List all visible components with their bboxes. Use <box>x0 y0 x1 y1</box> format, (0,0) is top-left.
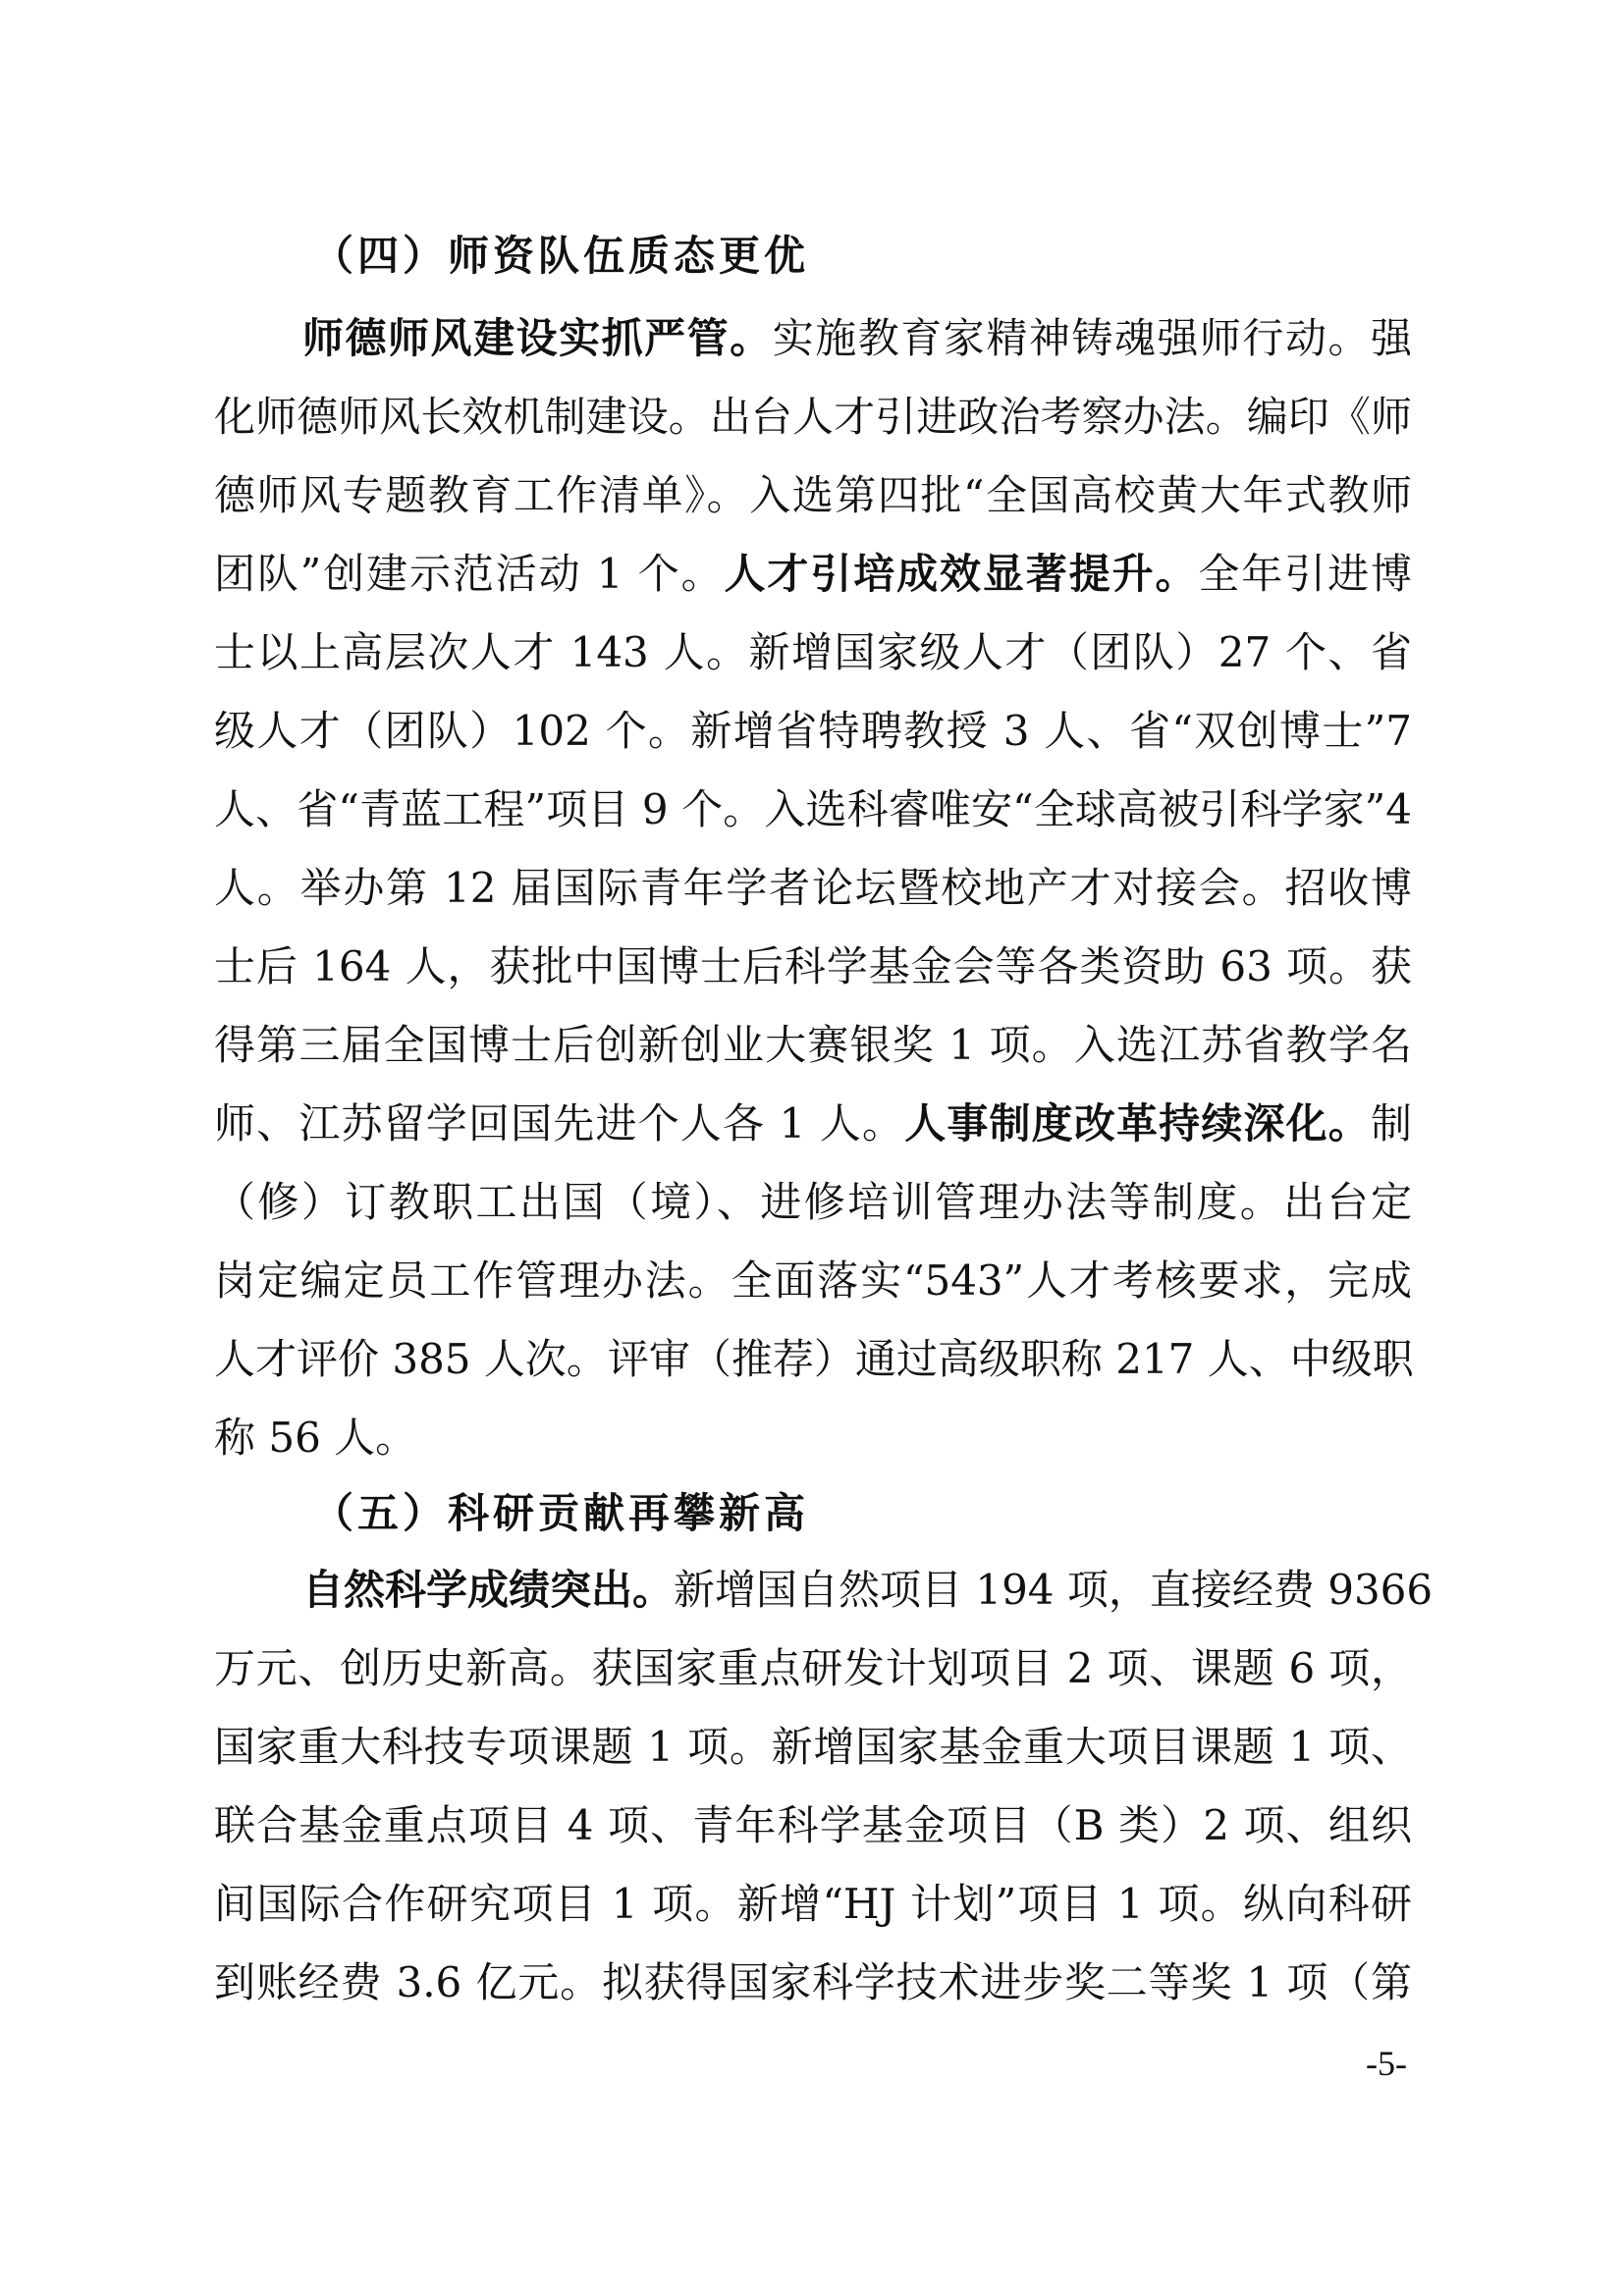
body-line: 称 56 人。 <box>214 1399 1412 1477</box>
body-text: 到账经费 3.6 亿元。拟获得国家科学技术进步奖二等奖 1 项（第 <box>214 1958 1412 2006</box>
body-text: 国家重大科技专项课题 1 项。新增国家基金重大项目课题 1 项、 <box>214 1723 1412 1771</box>
body-text: 级人才（团队）102 个。新增省特聘教授 3 人、省“双创博士”7 <box>214 707 1412 755</box>
bold-lead-natural-science: 自然科学成绩突出。 <box>302 1566 674 1614</box>
body-line: 师、江苏留学回国先进个人各 1 人。人事制度改革持续深化。制 <box>214 1085 1412 1163</box>
page-number: -5- <box>1355 2040 1418 2087</box>
body-line: 国家重大科技专项课题 1 项。新增国家基金重大项目课题 1 项、 <box>214 1708 1412 1787</box>
body-text: 人、省“青蓝工程”项目 9 个。入选科睿唯安“全球高被引科学家”4 <box>214 785 1412 833</box>
body-line: 人。举办第 12 届国际青年学者论坛暨校地产才对接会。招收博 <box>214 849 1412 928</box>
body-text: 得第三届全国博士后创新创业大赛银奖 1 项。入选江苏省教学名 <box>214 1021 1412 1069</box>
body-line: 师德师风建设实抓严管。实施教育家精神铸魂强师行动。强 <box>302 299 1412 378</box>
body-text: 岗定编定员工作管理办法。全面落实“543”人才考核要求，完成 <box>214 1256 1412 1305</box>
body-line: 间国际合作研究项目 1 项。新增“HJ 计划”项目 1 项。纵向科研 <box>214 1865 1412 1944</box>
body-text: 人。举办第 12 届国际青年学者论坛暨校地产才对接会。招收博 <box>214 864 1412 912</box>
body-text: （修）订教职工出国（境）、进修培训管理办法等制度。出台定 <box>214 1178 1412 1226</box>
body-line: 团队”创建示范活动 1 个。人才引培成效显著提升。全年引进博 <box>214 535 1412 614</box>
section-heading-4: （四）师资队伍质态更优 <box>312 217 809 295</box>
body-text: 称 56 人。 <box>214 1414 416 1462</box>
body-line: （修）订教职工出国（境）、进修培训管理办法等制度。出台定 <box>214 1163 1412 1242</box>
body-line: 到账经费 3.6 亿元。拟获得国家科学技术进步奖二等奖 1 项（第 <box>214 1944 1412 2022</box>
section-heading-5: （五）科研贡献再攀新高 <box>312 1474 809 1553</box>
bold-lead-teacher-ethics: 师德师风建设实抓严管。 <box>302 314 773 362</box>
body-text: 德师风专题教育工作清单》。入选第四批“全国高校黄大年式教师 <box>214 471 1412 519</box>
body-line: 士后 164 人，获批中国博士后科学基金会等各类资助 63 项。获 <box>214 928 1412 1006</box>
body-line: 级人才（团队）102 个。新增省特聘教授 3 人、省“双创博士”7 <box>214 692 1412 771</box>
body-text: 人才评价 385 人次。评审（推荐）通过高级职称 217 人、中级职 <box>214 1335 1414 1383</box>
body-text: 间国际合作研究项目 1 项。新增“HJ 计划”项目 1 项。纵向科研 <box>214 1880 1412 1928</box>
body-line: 联合基金重点项目 4 项、青年科学基金项目（B 类）2 项、组织 <box>214 1787 1412 1865</box>
bold-lead-personnel-reform: 人事制度改革持续深化。 <box>904 1099 1371 1148</box>
body-text: 实施教育家精神铸魂强师行动。强 <box>773 314 1412 362</box>
bold-lead-talent: 人才引培成效显著提升。 <box>725 550 1199 598</box>
body-text: 联合基金重点项目 4 项、青年科学基金项目（B 类）2 项、组织 <box>214 1801 1412 1849</box>
body-text: 制 <box>1371 1099 1412 1148</box>
body-text: 士后 164 人，获批中国博士后科学基金会等各类资助 63 项。获 <box>214 942 1412 990</box>
body-text: 士以上高层次人才 143 人。新增国家级人才（团队）27 个、省 <box>214 628 1412 676</box>
body-line: 化师德师风长效机制建设。出台人才引进政治考察办法。编印《师 <box>214 378 1412 456</box>
body-text: 团队”创建示范活动 1 个。 <box>214 550 725 598</box>
body-line: 德师风专题教育工作清单》。入选第四批“全国高校黄大年式教师 <box>214 456 1412 535</box>
body-line: 士以上高层次人才 143 人。新增国家级人才（团队）27 个、省 <box>214 614 1412 692</box>
body-text: 万元、创历史新高。获国家重点研发计划项目 2 项、课题 6 项， <box>214 1644 1412 1692</box>
body-line: 岗定编定员工作管理办法。全面落实“543”人才考核要求，完成 <box>214 1242 1412 1320</box>
body-line: 万元、创历史新高。获国家重点研发计划项目 2 项、课题 6 项， <box>214 1629 1412 1708</box>
body-line: 人、省“青蓝工程”项目 9 个。入选科睿唯安“全球高被引科学家”4 <box>214 771 1412 849</box>
body-text: 新增国自然项目 194 项，直接经费 9366 <box>674 1566 1433 1614</box>
document-page: （四）师资队伍质态更优 师德师风建设实抓严管。实施教育家精神铸魂强师行动。强 化… <box>0 0 1624 2296</box>
body-line: 自然科学成绩突出。新增国自然项目 194 项，直接经费 9366 <box>302 1551 1412 1629</box>
body-line: 得第三届全国博士后创新创业大赛银奖 1 项。入选江苏省教学名 <box>214 1006 1412 1085</box>
body-text: 全年引进博 <box>1198 550 1412 598</box>
body-text: 师、江苏留学回国先进个人各 1 人。 <box>214 1099 904 1148</box>
body-line: 人才评价 385 人次。评审（推荐）通过高级职称 217 人、中级职 <box>214 1320 1412 1399</box>
body-text: 化师德师风长效机制建设。出台人才引进政治考察办法。编印《师 <box>214 393 1412 441</box>
